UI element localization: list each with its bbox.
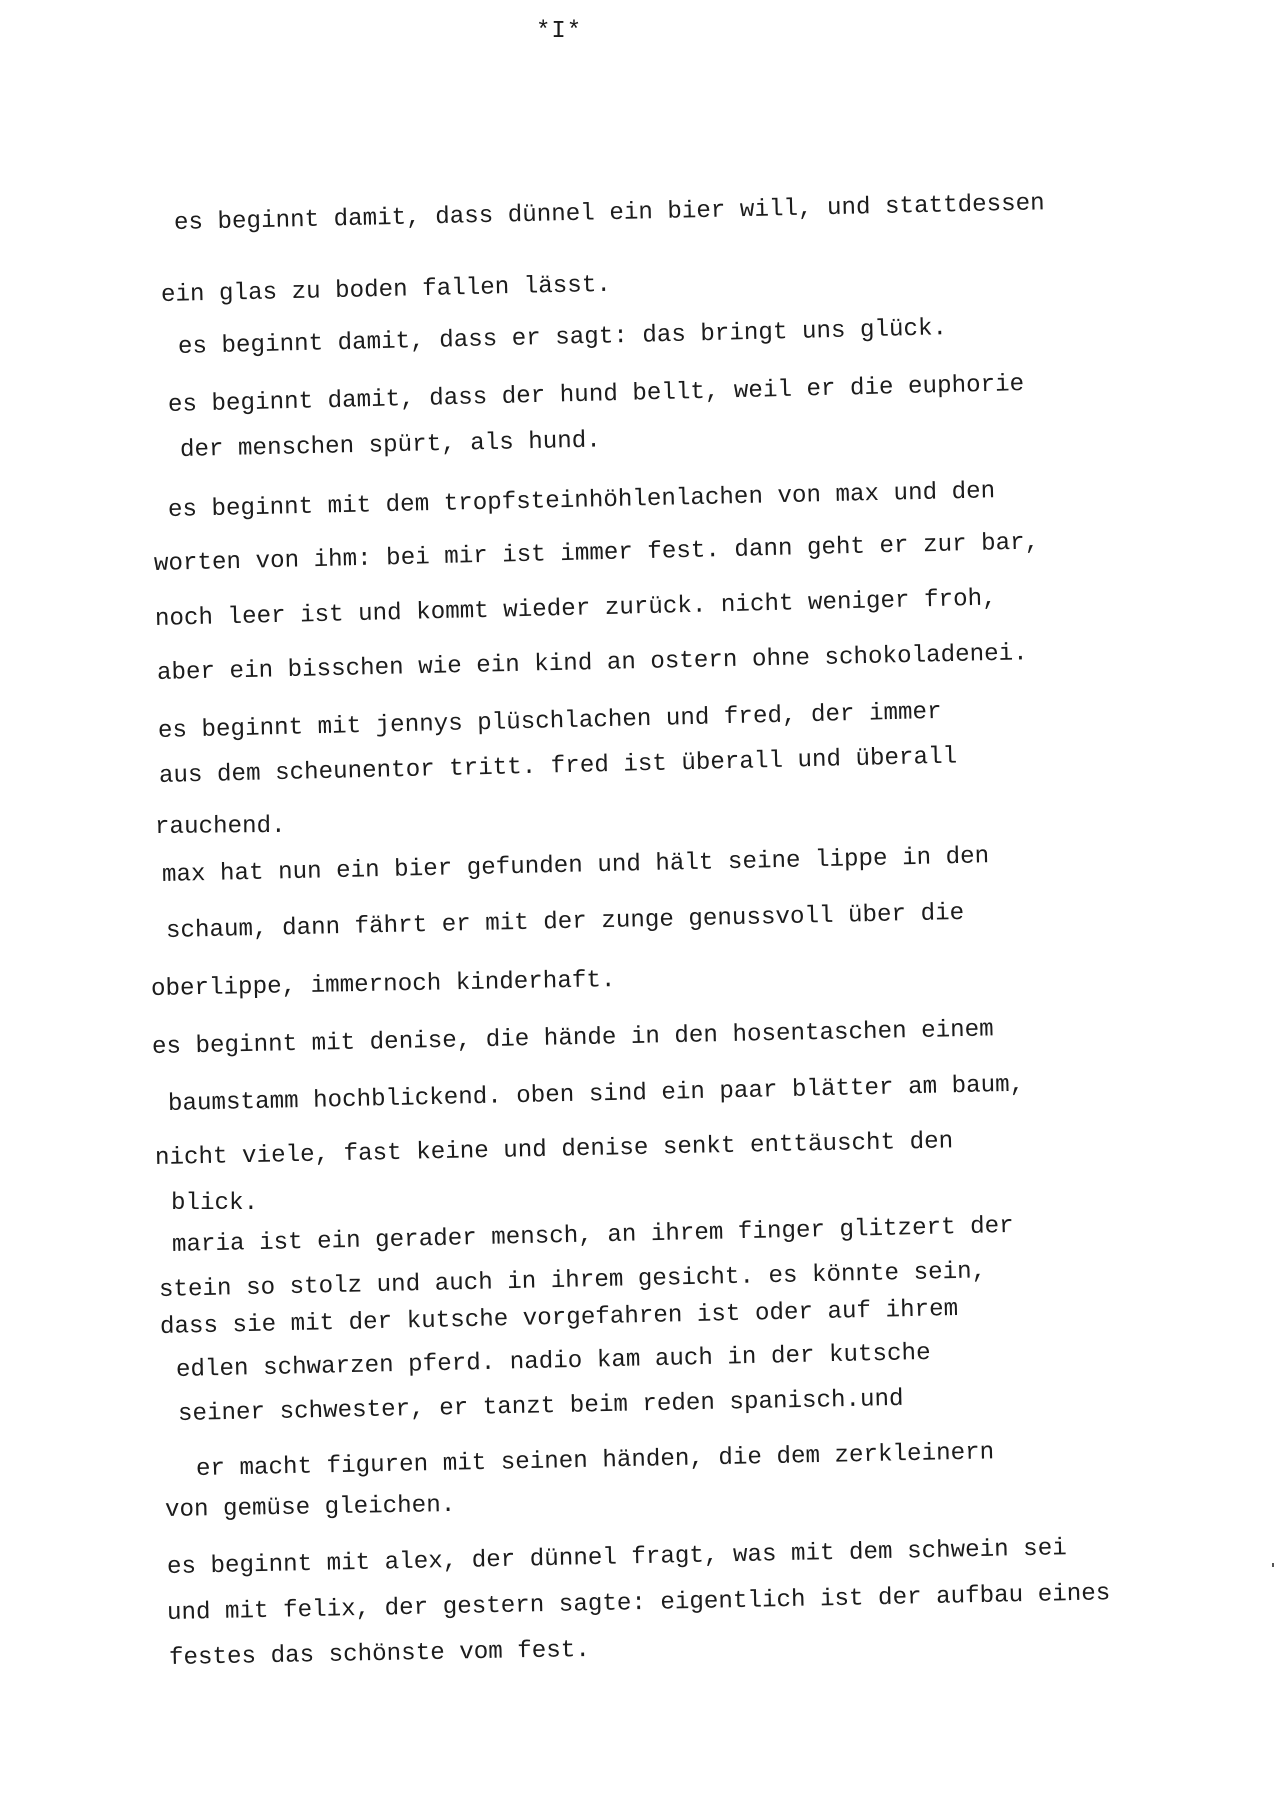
text-line: schaum, dann fährt er mit der zunge genu… — [166, 900, 965, 945]
text-line: es beginnt mit jennys plüschlachen und f… — [158, 699, 942, 745]
text-line: er macht figuren mit seinen händen, die … — [196, 1439, 995, 1483]
text-line: noch leer ist und kommt wieder zurück. n… — [155, 585, 997, 633]
text-line: blick. — [171, 1190, 258, 1217]
text-line: und mit felix, der gestern sagte: eigent… — [167, 1580, 1111, 1627]
text-line: festes das schönste vom fest. — [169, 1637, 590, 1672]
text-line: worten von ihm: bei mir ist immer fest. … — [154, 529, 1040, 578]
text-line: dass sie mit der kutsche vorgefahren ist… — [160, 1296, 959, 1341]
text-line: ein glas zu boden fallen lässt. — [161, 272, 611, 309]
text-line: es beginnt damit, dass er sagt: das brin… — [178, 315, 948, 361]
text-line: aber ein bisschen wie ein kind an ostern… — [157, 640, 1028, 687]
scan-speck — [1272, 1563, 1274, 1567]
text-line: es beginnt damit, dass dünnel ein bier w… — [174, 190, 1045, 237]
text-line: es beginnt damit, dass der hund bellt, w… — [168, 371, 1025, 419]
text-line: edlen schwarzen pferd. nadio kam auch in… — [176, 1340, 931, 1384]
text-line: seiner schwester, er tanzt beim reden sp… — [178, 1386, 904, 1428]
text-line: max hat nun ein bier gefunden und hält s… — [162, 843, 990, 889]
text-line: rauchend. — [155, 813, 286, 841]
text-line: aus dem scheunentor tritt. fred ist über… — [159, 743, 958, 789]
text-line: nicht viele, fast keine und denise senkt… — [155, 1128, 954, 1172]
text-line: baumstamm hochblickend. oben sind ein pa… — [168, 1072, 1025, 1118]
text-line: maria ist ein gerader mensch, an ihrem f… — [172, 1213, 1014, 1259]
text-line: es beginnt mit alex, der dünnel fragt, w… — [167, 1535, 1067, 1581]
text-line: oberlippe, immernoch kinderhaft. — [151, 967, 616, 1003]
text-line: es beginnt mit dem tropfsteinhöhlenlache… — [168, 478, 996, 524]
typewritten-page: *I* es beginnt damit, dass dünnel ein bi… — [0, 0, 1280, 1809]
text-line: der menschen spürt, als hund. — [180, 427, 601, 464]
text-line: von gemüse gleichen. — [165, 1492, 456, 1524]
text-line: es beginnt mit denise, die hände in den … — [152, 1016, 994, 1061]
page-heading: *I* — [536, 18, 582, 45]
